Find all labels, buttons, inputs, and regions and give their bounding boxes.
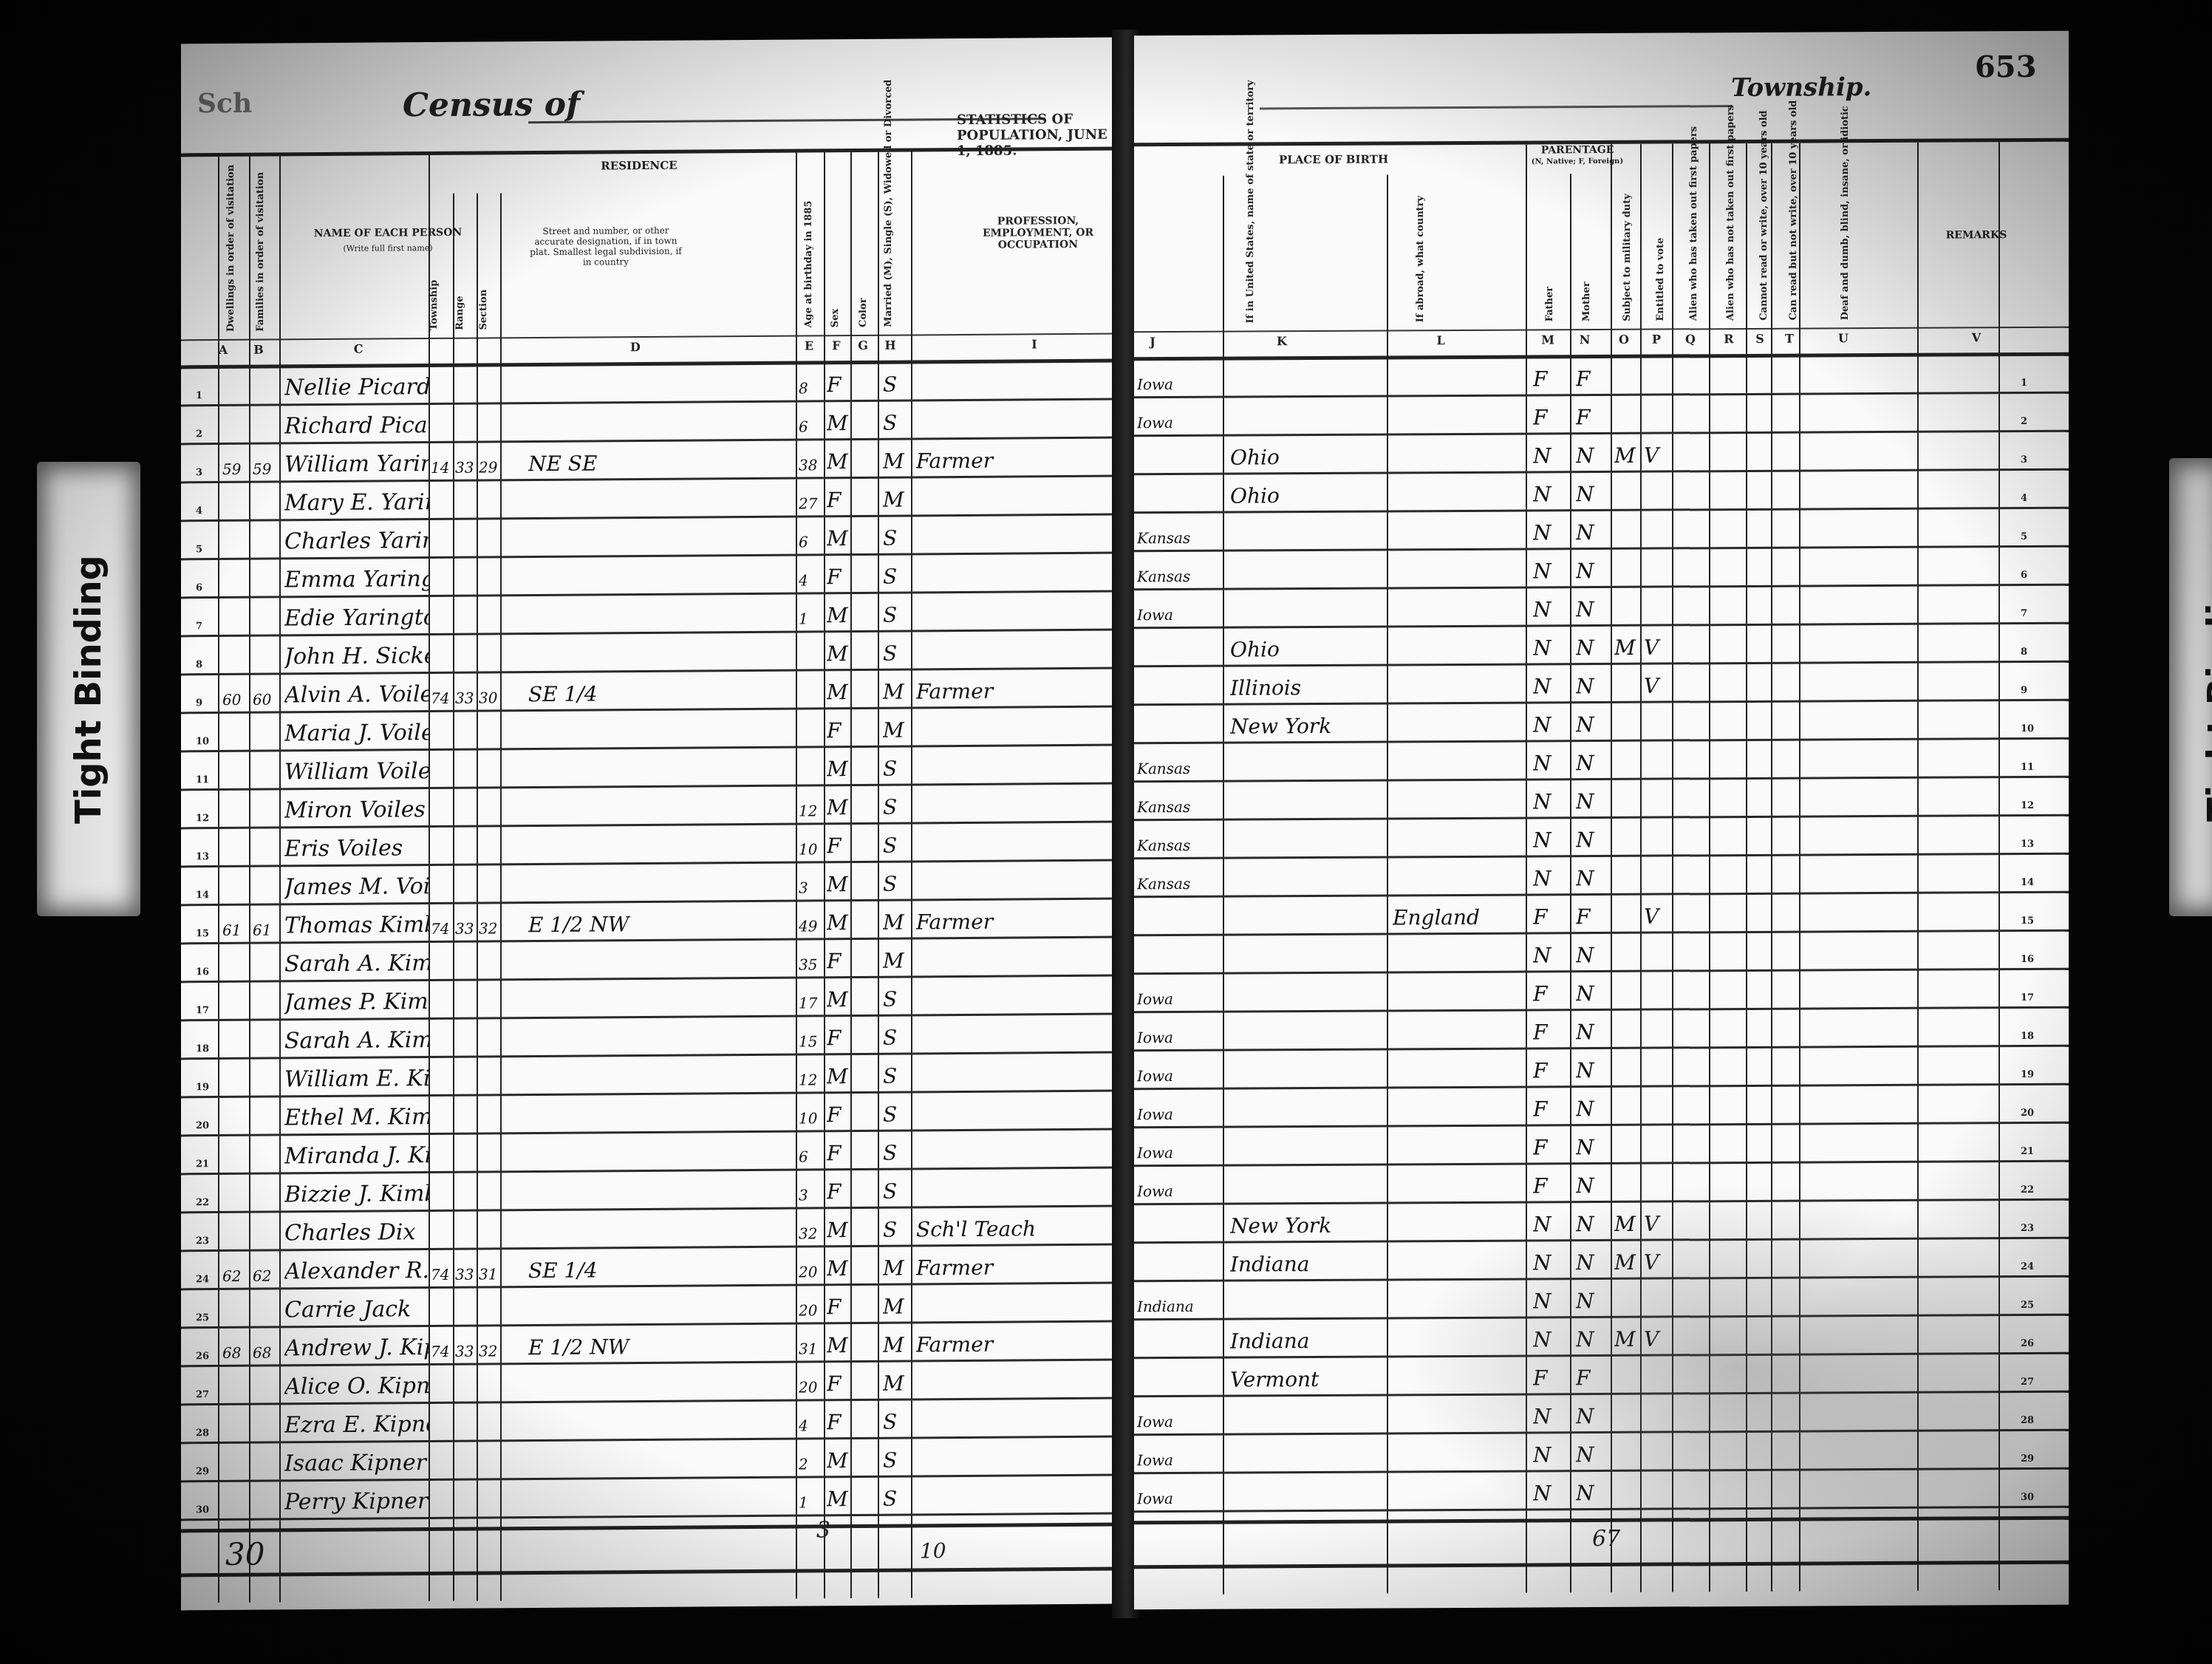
line-number: 5 — [2021, 531, 2027, 542]
sex: M — [827, 1487, 850, 1511]
marital-status: M — [883, 1333, 909, 1357]
line-number: 14 — [2021, 877, 2034, 888]
range-number: 33 — [455, 920, 477, 938]
line-number: 6 — [2021, 570, 2027, 581]
sex: F — [827, 1371, 850, 1396]
township-number: 14 — [431, 459, 453, 477]
section-number: 30 — [479, 689, 501, 706]
birthplace-abroad — [1393, 392, 1524, 392]
birthplace-us — [1230, 1199, 1385, 1200]
entitled-to-vote: V — [1644, 443, 1670, 468]
birthplace-abroad — [1393, 661, 1524, 661]
col-header-can-read-not-write: Can read but not write, over 10 years ol… — [1788, 166, 1799, 321]
birthplace-abroad — [1393, 507, 1524, 508]
col-header-section: Section — [478, 264, 489, 330]
marital-status: M — [883, 680, 909, 704]
birthplace-abroad — [1393, 622, 1524, 623]
remarks-header: REMARKS — [1936, 229, 2017, 242]
legal-subdivision — [528, 590, 787, 591]
marital-status: S — [883, 1026, 909, 1050]
birthplace-us: New York — [1230, 1213, 1385, 1238]
township-number: 74 — [431, 920, 453, 938]
sex: M — [827, 987, 850, 1012]
table-row: KansasNN11 — [1134, 739, 2069, 783]
sex: M — [827, 526, 850, 550]
binding-label-right: Tight Binding — [2200, 553, 2212, 822]
occupation — [916, 741, 1116, 743]
table-row: KansasNN14 — [1134, 854, 2069, 899]
occupation — [916, 780, 1116, 781]
marital-status: M — [883, 949, 909, 973]
mother-parentage: N — [1576, 1481, 1610, 1505]
binding-tab-left: Tight Binding — [37, 462, 140, 916]
age: 6 — [799, 533, 824, 550]
marital-status: M — [883, 718, 909, 743]
person-name: Thomas Kimbery — [284, 912, 429, 938]
mother-parentage: F — [1576, 405, 1610, 429]
col-header-vote: Entitled to vote — [1655, 225, 1666, 321]
mother-parentage: N — [1576, 1289, 1610, 1313]
table-row: IowaNN29 — [1134, 1431, 2069, 1475]
range-number: 33 — [455, 1343, 477, 1360]
marital-status: S — [883, 1218, 909, 1242]
sex: M — [827, 1333, 850, 1357]
occupation — [916, 1164, 1116, 1165]
occupation — [916, 1394, 1116, 1396]
name-group-header: NAME OF EACH PERSON — [299, 227, 477, 240]
line-number: 15 — [2021, 915, 2034, 927]
father-parentage: F — [1533, 904, 1568, 929]
family-number: 60 — [253, 691, 278, 709]
col-header-range: Range — [454, 264, 465, 330]
footer-bottom-rule — [181, 1567, 1119, 1578]
mother-parentage: N — [1576, 1442, 1610, 1467]
col-header-deaf-blind: Deaf and dumb, blind, insane, or idiotic — [1840, 165, 1851, 320]
line-number: 13 — [196, 851, 209, 862]
father-parentage: N — [1533, 443, 1568, 468]
line-number: 10 — [196, 736, 209, 747]
marital-status: S — [883, 757, 909, 781]
father-parentage: F — [1533, 1097, 1568, 1121]
birthplace-abroad — [1393, 699, 1524, 700]
sex: M — [827, 795, 850, 819]
mother-parentage: N — [1576, 751, 1610, 775]
dwelling-number: 60 — [222, 691, 248, 709]
col-letter-r: R — [1718, 332, 1740, 346]
line-number: 9 — [2021, 685, 2027, 696]
occupation — [916, 895, 1116, 896]
legal-subdivision — [528, 820, 787, 822]
col-letter-l: L — [1430, 333, 1452, 347]
footer-total: 30 — [225, 1536, 264, 1572]
col-header-sex: Sex — [830, 283, 841, 327]
father-parentage: N — [1533, 1212, 1568, 1236]
person-name: Ezra E. Kipner — [284, 1411, 429, 1438]
birthplace-us: New York — [1230, 714, 1385, 739]
mother-parentage: N — [1576, 674, 1610, 698]
person-name: James P. Kimbery — [284, 989, 429, 1015]
birthplace-abroad — [1393, 1506, 1524, 1507]
father-parentage: F — [1533, 1365, 1568, 1390]
table-row: IowaFN17 — [1134, 969, 2069, 1014]
where-from: Iowa — [1137, 1067, 1221, 1085]
line-number: 22 — [2021, 1184, 2034, 1196]
where-from: Iowa — [1137, 1413, 1221, 1431]
occupation — [916, 818, 1116, 819]
mother-parentage: N — [1576, 1212, 1610, 1236]
birthplace-us — [1230, 1468, 1385, 1469]
person-name: Nellie Picard — [284, 374, 429, 400]
age: 20 — [799, 1301, 824, 1319]
father-parentage: F — [1533, 366, 1568, 391]
person-name: Perry Kipner — [284, 1488, 429, 1515]
line-number: 21 — [196, 1159, 209, 1170]
table-row: IowaNN7 — [1134, 585, 2069, 630]
father-parentage: N — [1533, 789, 1568, 814]
range-number: 33 — [455, 689, 477, 707]
age: 1 — [799, 610, 824, 627]
col-letter-a: A — [212, 343, 234, 357]
sex: M — [827, 872, 850, 896]
marital-status: S — [883, 987, 909, 1012]
where-from: Iowa — [1137, 1105, 1221, 1124]
left-page: Sch Census of STATISTICS OF POPULATION, … — [181, 38, 1119, 1611]
line-number: 16 — [196, 966, 209, 978]
occupation: Sch'l Teach — [916, 1216, 1116, 1242]
sex: F — [827, 833, 850, 858]
line-number: 27 — [2021, 1377, 2034, 1388]
person-name: James M. Voiles — [284, 873, 429, 900]
table-row: OhioNNMV8 — [1134, 624, 2069, 668]
person-name: Isaac Kipner — [284, 1450, 429, 1476]
legal-subdivision — [528, 1397, 787, 1398]
line-number: 16 — [2021, 954, 2034, 965]
entitled-to-vote: V — [1644, 635, 1670, 660]
sex: M — [827, 603, 850, 627]
col-header-alien-first-papers: Alien who has taken out first papers — [1688, 166, 1699, 321]
birthplace-us — [1230, 1430, 1385, 1431]
where-from: Iowa — [1137, 1144, 1221, 1162]
table-row: IowaFN19 — [1134, 1046, 2069, 1091]
age: 2 — [799, 1455, 824, 1473]
marital-status: M — [883, 1295, 909, 1319]
col-letter-b: B — [248, 343, 270, 357]
line-number: 5 — [196, 544, 202, 555]
dwelling-number: 68 — [222, 1344, 248, 1362]
legal-subdivision — [528, 1320, 787, 1321]
father-parentage: N — [1533, 943, 1568, 967]
person-name: Charles Yarington — [284, 528, 429, 554]
occupation — [916, 1125, 1116, 1127]
mother-parentage: N — [1576, 482, 1610, 506]
occupation: Farmer — [916, 1255, 1116, 1281]
mother-parentage: N — [1576, 828, 1610, 852]
table-row: IndianaNNMV24 — [1134, 1238, 2069, 1283]
birthplace-abroad — [1393, 737, 1524, 738]
table-row: OhioNN4 — [1134, 470, 2069, 514]
sex: F — [827, 1102, 850, 1127]
line-number: 8 — [2021, 647, 2027, 658]
mother-parentage: F — [1576, 1365, 1610, 1390]
birthplace-abroad — [1393, 814, 1524, 815]
township-number: 74 — [431, 1266, 453, 1283]
occupation — [916, 856, 1116, 858]
legal-subdivision — [528, 897, 787, 899]
person-name: Andrew J. Kipner — [284, 1334, 429, 1361]
military-duty: M — [1614, 443, 1639, 468]
father-parentage: F — [1533, 1058, 1568, 1082]
table-row: IowaNN28 — [1134, 1392, 2069, 1436]
table-row: IndianaNNMV26 — [1134, 1315, 2069, 1360]
sex: F — [827, 949, 850, 973]
sex: F — [827, 488, 850, 512]
range-number: 33 — [455, 459, 477, 477]
entitled-to-vote: V — [1644, 1212, 1670, 1236]
marital-status: S — [883, 1410, 909, 1434]
legal-subdivision — [528, 782, 787, 783]
legal-subdivision: SE 1/4 — [528, 681, 787, 706]
birthplace-abroad — [1393, 545, 1524, 546]
age: 49 — [799, 917, 824, 935]
marital-status: S — [883, 526, 909, 550]
line-number: 30 — [196, 1504, 209, 1515]
father-parentage: N — [1533, 1442, 1568, 1467]
age: 31 — [799, 1340, 824, 1357]
table-row: New YorkNNMV23 — [1134, 1200, 2069, 1244]
line-number: 25 — [196, 1312, 209, 1323]
mother-parentage: N — [1576, 520, 1610, 545]
person-name: Carrie Jack — [284, 1296, 429, 1323]
left-ledger-rows: 1Nellie Picard8FS2Richard Picard6MS35959… — [181, 361, 1119, 1521]
person-name: Bizzie J. Kimbery — [284, 1181, 429, 1207]
line-number: 11 — [196, 774, 209, 785]
table-row: IowaFF1 — [1134, 355, 2069, 399]
corner-mark: Sch — [197, 88, 252, 120]
person-name: Mary E. Yarington — [284, 489, 429, 516]
profession-group-header: PROFESSION, EMPLOYMENT, OR OCCUPATION — [957, 215, 1119, 252]
where-from — [1137, 969, 1221, 970]
father-parentage: N — [1533, 674, 1568, 698]
father-parentage: N — [1533, 1404, 1568, 1428]
birthplace-abroad — [1393, 430, 1524, 431]
where-from: Kansas — [1137, 798, 1221, 816]
occupation: Farmer — [916, 678, 1116, 704]
col-header-age: Age at birthday in 1885 — [803, 187, 814, 327]
person-name: Alvin A. Voiles — [284, 681, 429, 708]
footer-mark-b: 10 — [920, 1538, 946, 1563]
line-number: 20 — [196, 1120, 209, 1131]
father-parentage: N — [1533, 635, 1568, 660]
line-number: 8 — [196, 659, 202, 670]
col-header-families: Families in order of visitation — [255, 221, 266, 332]
person-name: Miron Voiles — [284, 797, 429, 823]
age: 3 — [799, 879, 824, 896]
township-number: 74 — [431, 1343, 453, 1360]
col-letter-d: D — [624, 340, 646, 354]
table-row: IowaFN20 — [1134, 1085, 2069, 1129]
birthplace-abroad — [1393, 776, 1524, 777]
line-number: 10 — [2021, 723, 2034, 734]
birthplace-us: Ohio — [1230, 445, 1385, 470]
occupation: Farmer — [916, 1331, 1116, 1357]
birthplace-us — [1230, 892, 1385, 893]
birthplace-us — [1230, 392, 1385, 393]
birthplace-abroad — [1393, 1160, 1524, 1161]
col-letter-i: I — [1023, 337, 1045, 351]
marital-status: M — [883, 1371, 909, 1396]
line-number: 20 — [2021, 1108, 2034, 1119]
age: 1 — [799, 1493, 824, 1511]
table-row: KansasNN13 — [1134, 816, 2069, 860]
line-number: 26 — [2021, 1338, 2034, 1349]
birthplace-abroad — [1393, 1122, 1524, 1122]
col-letter-m: M — [1537, 333, 1559, 347]
military-duty: M — [1614, 635, 1639, 660]
mother-parentage: N — [1576, 866, 1610, 890]
line-number: 28 — [2021, 1415, 2034, 1426]
where-from — [1137, 470, 1221, 471]
birthplace-us — [1230, 969, 1385, 969]
statistics-header: STATISTICS OF POPULATION, JUNE 1, 1885. — [957, 112, 1119, 160]
birthplace-us — [1230, 853, 1385, 854]
table-row: IllinoisNNV9 — [1134, 662, 2069, 706]
legal-subdivision — [528, 974, 787, 975]
birthplace-abroad — [1393, 468, 1524, 469]
entitled-to-vote: V — [1644, 904, 1670, 929]
marital-status: S — [883, 565, 909, 589]
line-number: 24 — [2021, 1261, 2034, 1272]
age: 8 — [799, 379, 824, 397]
marital-status: S — [883, 372, 909, 397]
dwelling-number: 62 — [222, 1267, 248, 1285]
marital-status: M — [883, 449, 909, 474]
table-row: KansasNN6 — [1134, 547, 2069, 591]
line-number: 29 — [196, 1466, 209, 1477]
mother-parentage: N — [1576, 1135, 1610, 1159]
header-bottom-rule — [181, 333, 1119, 341]
legal-subdivision — [528, 1166, 787, 1167]
sex: M — [827, 641, 850, 666]
occupation — [916, 587, 1116, 589]
birthplace-us — [1230, 1122, 1385, 1123]
birthplace-us — [1230, 1161, 1385, 1162]
binding-label-left: Tight Binding — [68, 555, 109, 824]
occupation — [916, 626, 1116, 627]
age: 20 — [799, 1263, 824, 1281]
section-number: 29 — [479, 458, 501, 476]
father-parentage: N — [1533, 559, 1568, 583]
sex: M — [827, 910, 850, 935]
mother-parentage: N — [1576, 1404, 1610, 1428]
marital-status: M — [883, 910, 909, 935]
mother-parentage: N — [1576, 712, 1610, 737]
birthplace-us — [1230, 1007, 1385, 1008]
entitled-to-vote: V — [1644, 674, 1670, 698]
father-parentage: F — [1533, 1173, 1568, 1198]
line-number: 12 — [2021, 800, 2034, 811]
person-name: Eris Voiles — [284, 835, 429, 862]
right-ledger-rows: IowaFF1IowaFF2OhioNNMV3OhioNN4KansasNN5K… — [1134, 355, 2069, 1513]
person-name: Edie Yarington — [284, 604, 429, 631]
where-from: Iowa — [1137, 1490, 1221, 1508]
father-parentage: N — [1533, 712, 1568, 737]
line-number: 18 — [196, 1043, 209, 1054]
birthplace-abroad — [1393, 1198, 1524, 1199]
col-letter-h: H — [879, 338, 901, 352]
mother-parentage: N — [1576, 443, 1610, 468]
father-parentage: N — [1533, 520, 1568, 545]
legal-subdivision — [528, 1089, 787, 1091]
sex: F — [827, 565, 850, 589]
table-row: IowaFN22 — [1134, 1162, 2069, 1206]
mother-parentage: F — [1576, 366, 1610, 391]
col-header-mother: Mother — [1581, 277, 1592, 321]
sex: M — [827, 1448, 850, 1473]
line-number: 1 — [2021, 378, 2027, 389]
table-row: OhioNNMV3 — [1134, 432, 2069, 476]
line-number: 23 — [196, 1235, 209, 1247]
birthplace-us: Ohio — [1230, 637, 1385, 662]
line-number: 13 — [2021, 839, 2034, 850]
dwelling-number: 59 — [222, 460, 248, 478]
age: 6 — [799, 1148, 824, 1165]
col-letter-s: S — [1749, 332, 1771, 346]
parentage-header: PARENTAGE — [1526, 144, 1629, 157]
person-name: Alexander R. Jack — [284, 1258, 429, 1284]
col-letter-c: C — [347, 342, 369, 356]
table-row: IowaFN18 — [1134, 1008, 2069, 1052]
col-header-color: Color — [858, 283, 869, 327]
col-letter-o: O — [1613, 333, 1635, 347]
person-name: Emma Yarington — [284, 566, 429, 593]
father-parentage: N — [1533, 1250, 1568, 1275]
age: 4 — [799, 571, 824, 589]
col-letter-e: E — [798, 338, 820, 352]
birthplace-us — [1230, 1084, 1385, 1085]
age: 20 — [799, 1378, 824, 1396]
occupation — [916, 972, 1116, 973]
father-parentage: N — [1533, 1289, 1568, 1313]
father-parentage: N — [1533, 751, 1568, 775]
where-from: Kansas — [1137, 529, 1221, 548]
col-header-marital: Married (M), Single (S), Widowed or Divo… — [883, 187, 894, 327]
line-number: 17 — [2021, 992, 2034, 1003]
birthplace-us — [1230, 930, 1385, 931]
birthplace-abroad — [1393, 1237, 1524, 1238]
census-title: Census of — [403, 86, 580, 125]
marital-status: S — [883, 411, 909, 435]
table-row: IowaFF2 — [1134, 393, 2069, 437]
where-from: Kansas — [1137, 760, 1221, 778]
sex: M — [827, 1218, 850, 1242]
where-from: Iowa — [1137, 375, 1221, 394]
father-parentage: F — [1533, 981, 1568, 1006]
legal-subdivision — [528, 1435, 787, 1436]
line-number: 27 — [196, 1389, 209, 1400]
col-header-father: Father — [1544, 277, 1555, 321]
legal-subdivision — [528, 1473, 787, 1475]
where-from: Iowa — [1137, 1451, 1221, 1470]
sex: F — [827, 718, 850, 743]
line-number: 30 — [2021, 1492, 2034, 1503]
occupation — [916, 1202, 1116, 1204]
mother-parentage: N — [1576, 559, 1610, 583]
marital-status: S — [883, 1448, 909, 1473]
birthplace-us — [1230, 1315, 1385, 1315]
legal-subdivision: E 1/2 NW — [528, 1334, 787, 1360]
footer-rule — [1134, 1516, 2069, 1525]
legal-subdivision — [528, 859, 787, 860]
